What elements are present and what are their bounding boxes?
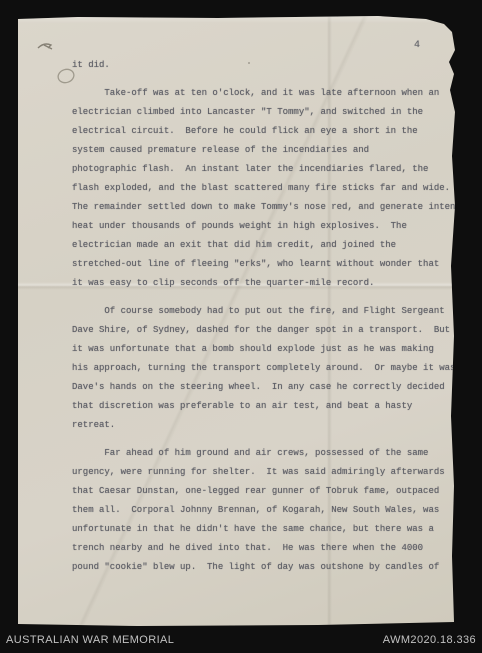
typed-line: unfortunate in that he didn't have the s…	[72, 520, 458, 539]
typed-line: them all. Corporal Johnny Brennan, of Ko…	[72, 501, 458, 520]
typed-line: Dave Shire, of Sydney, dashed for the da…	[72, 321, 458, 340]
paragraph: it did.	[72, 56, 458, 75]
typed-line: that Caesar Dunstan, one-legged rear gun…	[72, 482, 458, 501]
typed-line: The remainder settled down to make Tommy…	[72, 198, 458, 217]
typed-line: retreat.	[72, 416, 458, 435]
typed-line: Take-off was at ten o'clock, and it was …	[72, 84, 458, 103]
typed-line: urgency, were running for shelter. It wa…	[72, 463, 458, 482]
typed-line: Of course somebody had to put out the fi…	[72, 302, 458, 321]
typed-line: Far ahead of him ground and air crews, p…	[72, 444, 458, 463]
typed-line: that discretion was preferable to an air…	[72, 397, 458, 416]
typewritten-page: 4 it did. Take-off was at ten o'clock, a…	[18, 16, 456, 626]
typed-line: flash exploded, and the blast scattered …	[72, 179, 458, 198]
typed-line: heat under thousands of pounds weight in…	[72, 217, 458, 236]
typed-line: it was easy to clip seconds off the quar…	[72, 274, 458, 293]
typed-line: pound "cookie" blew up. The light of day…	[72, 558, 458, 577]
paragraph: Take-off was at ten o'clock, and it was …	[72, 84, 458, 293]
typed-line: electrical circuit. Before he could flic…	[72, 122, 458, 141]
typed-line: system caused premature release of the i…	[72, 141, 458, 160]
typed-line: stretched-out line of fleeing "erks", wh…	[72, 255, 458, 274]
typed-line: trench nearby and he dived into that. He…	[72, 539, 458, 558]
typed-line: it did.	[72, 56, 458, 75]
paper-speck	[466, 87, 468, 89]
accession-number: AWM2020.18.336	[383, 634, 476, 646]
caption-bar: AUSTRALIAN WAR MEMORIAL AWM2020.18.336	[0, 627, 482, 653]
typed-line: electrician made an exit that did him cr…	[72, 236, 458, 255]
typed-text-block: it did. Take-off was at ten o'clock, and…	[72, 56, 458, 577]
paragraph: Far ahead of him ground and air crews, p…	[72, 444, 458, 577]
typed-line: Dave's hands on the steering wheel. In a…	[72, 378, 458, 397]
scanned-document: 4 it did. Take-off was at ten o'clock, a…	[0, 0, 482, 653]
typed-line: it was unfortunate that a bomb should ex…	[72, 340, 458, 359]
paragraph: Of course somebody had to put out the fi…	[72, 302, 458, 435]
typed-line: electrician climbed into Lancaster "T To…	[72, 103, 458, 122]
page-number: 4	[414, 40, 420, 51]
typed-line: photographic flash. An instant later the…	[72, 160, 458, 179]
archive-name: AUSTRALIAN WAR MEMORIAL	[6, 634, 174, 646]
typed-line: his approach, turning the transport comp…	[72, 359, 458, 378]
